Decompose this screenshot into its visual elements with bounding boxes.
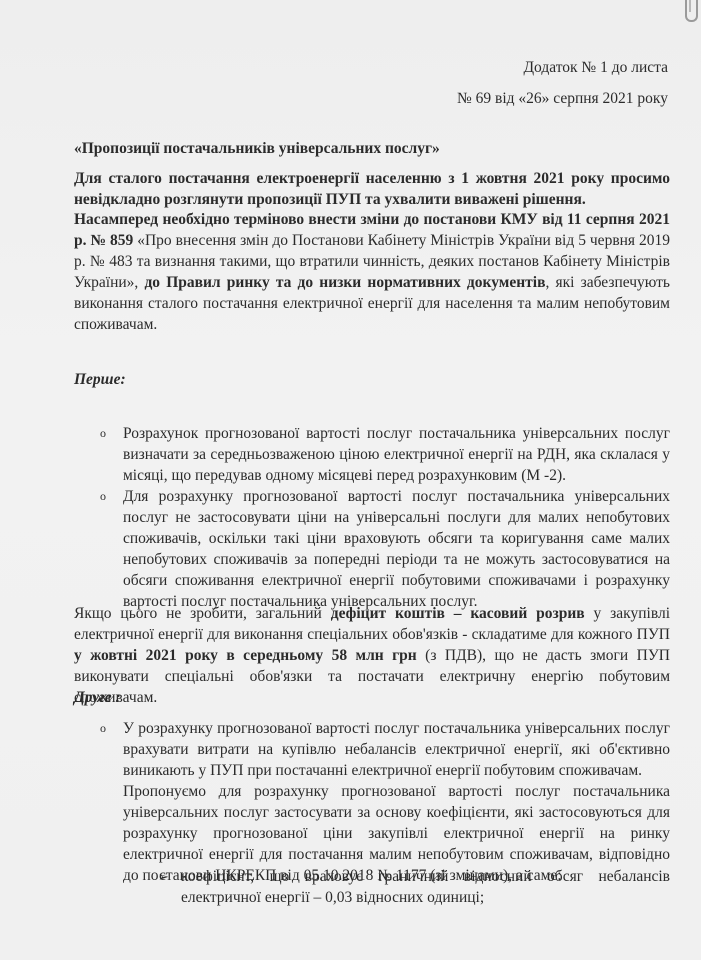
- document-page: Додаток № 1 до листа № 69 від «26» серпн…: [0, 0, 701, 960]
- circle-bullet-icon: o: [100, 718, 106, 739]
- circle-bullet-icon: o: [100, 486, 106, 507]
- list-item-text: У розрахунку прогнозованої вартості посл…: [123, 720, 670, 779]
- letter-reference: № 69 від «26» серпня 2021 року: [457, 83, 668, 114]
- list-item-text: Розрахунок прогнозованої вартості послуг…: [123, 425, 670, 484]
- list-item: ➢ коефіцієнт, що враховує граничний відн…: [158, 866, 670, 908]
- list-item: o Для розрахунку прогнозованої вартості …: [100, 486, 670, 612]
- list-item: o У розрахунку прогнозованої вартості по…: [100, 718, 670, 781]
- paragraph-amendments: Насамперед необхідно терміново внести зм…: [74, 209, 670, 335]
- section-heading-first: Перше:: [74, 369, 670, 390]
- arrow-bullet-icon: ➢: [158, 866, 169, 887]
- text: Якщо цього не зробити, загальний: [74, 605, 331, 622]
- intro-paragraph: Для сталого постачання електроенергії на…: [74, 168, 670, 210]
- coefficient-list: ➢ коефіцієнт, що враховує граничний відн…: [158, 866, 670, 908]
- bold-text: до Правил ринку та до низки нормативних …: [144, 274, 545, 291]
- bold-text: дефіцит коштів – касовий розрив: [331, 605, 585, 622]
- section-heading-second: Друге :: [74, 687, 670, 708]
- section-second-list: o У розрахунку прогнозованої вартості по…: [100, 718, 670, 886]
- document-title: «Пропозиції постачальників універсальних…: [74, 138, 670, 159]
- section-first-list: o Розрахунок прогнозованої вартості посл…: [100, 423, 670, 612]
- bold-text: у жовтні 2021 року в середньому 58 млн г…: [74, 647, 417, 664]
- paper-clip-icon: [685, 0, 698, 22]
- list-item-text: Для розрахунку прогнозованої вартості по…: [123, 488, 670, 610]
- appendix-label: Додаток № 1 до листа: [457, 52, 668, 83]
- circle-bullet-icon: o: [100, 423, 106, 444]
- document-header: Додаток № 1 до листа № 69 від «26» серпн…: [457, 52, 668, 114]
- list-item-text: коефіцієнт, що враховує граничний віднос…: [181, 868, 670, 906]
- list-item: o Розрахунок прогнозованої вартості посл…: [100, 423, 670, 486]
